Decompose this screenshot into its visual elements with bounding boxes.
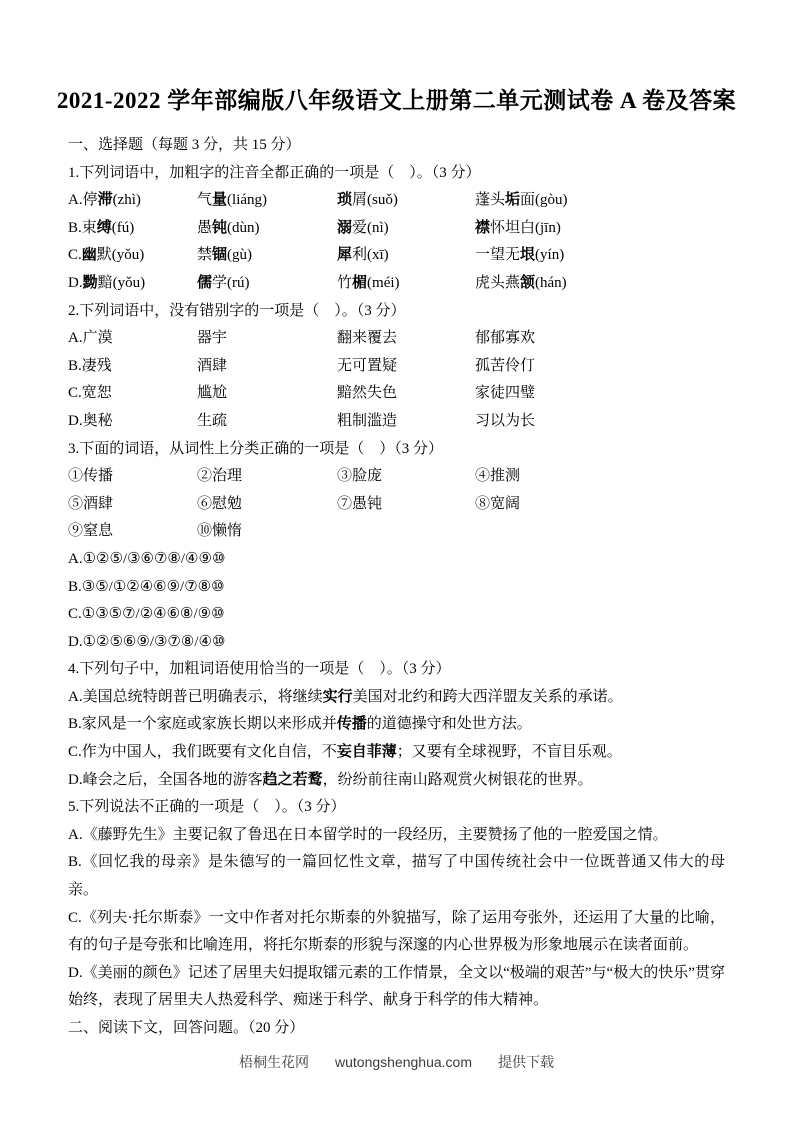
footer-download-text: 提供下载 <box>498 1052 554 1072</box>
q1-option-a: A.停滞(zhì)气量(liáng)琐屑(suǒ)蓬头垢面(gòu) <box>68 187 725 215</box>
bold-term: 量 <box>212 192 227 208</box>
bold-term: 锢 <box>212 247 227 263</box>
footer-site-url: wutongshenghua.com <box>335 1054 472 1070</box>
bold-term: 颔 <box>520 275 535 291</box>
word-item: ④推测 <box>475 463 725 491</box>
bold-term: 犀 <box>337 247 352 263</box>
q2-option-b: B.凄残酒肆无可置疑孤苦伶仃 <box>68 353 725 381</box>
q3-words-row-2: ⑤酒肆⑥慰勉⑦愚钝⑧宽阔 <box>68 491 725 519</box>
word-item: ②治理 <box>197 463 337 491</box>
word-item <box>475 518 725 546</box>
word-item: 酒肆 <box>197 353 337 381</box>
word-item: D.奥秘 <box>68 408 197 436</box>
q5-stem: 5.下列说法不正确的一项是（ ）。（3 分） <box>68 794 725 822</box>
word-item: 犀利(xī) <box>337 242 475 270</box>
bold-term: 缚 <box>97 220 112 236</box>
word-item: ⑩懒惰 <box>197 518 337 546</box>
q3-words-row-1: ①传播②治理③脸庞④推测 <box>68 463 725 491</box>
bold-term: 传播 <box>337 716 367 732</box>
bold-term: 滞 <box>98 192 113 208</box>
word-item: ⑧宽阔 <box>475 491 725 519</box>
word-item: 溺爱(nì) <box>337 215 475 243</box>
word-item <box>337 518 475 546</box>
word-item: 一望无垠(yín) <box>475 242 725 270</box>
section-one-heading: 一、选择题（每题 3 分，共 15 分） <box>68 132 725 160</box>
word-item: A.停滞(zhì) <box>68 187 197 215</box>
q2-option-d: D.奥秘生疏粗制滥造习以为长 <box>68 408 725 436</box>
word-item: 翻来覆去 <box>337 325 475 353</box>
word-item: 器宇 <box>197 325 337 353</box>
q3-option-a: A.①②⑤/③⑥⑦⑧/④⑨⑩ <box>68 546 725 574</box>
bold-term: 儒 <box>197 275 212 291</box>
word-item: 气量(liáng) <box>197 187 337 215</box>
word-item: B.凄残 <box>68 353 197 381</box>
word-item: 儒学(rú) <box>197 270 337 298</box>
page-footer: 梧桐生花网 wutongshenghua.com 提供下载 <box>0 1052 793 1072</box>
test-paper-page: 2021-2022 学年部编版八年级语文上册第二单元测试卷 A 卷及答案 一、选… <box>0 0 793 1122</box>
bold-term: 实行 <box>323 689 353 705</box>
word-item: D.黝黯(yǒu) <box>68 270 197 298</box>
word-item: 愚钝(dùn) <box>197 215 337 243</box>
bold-term: 琐 <box>337 192 352 208</box>
document-body: 一、选择题（每题 3 分，共 15 分）1.下列词语中，加粗字的注音全都正确的一… <box>0 116 793 1043</box>
word-item: 禁锢(gù) <box>197 242 337 270</box>
word-item: 竹楣(méi) <box>337 270 475 298</box>
bold-term: 黝 <box>83 275 98 291</box>
q1-stem: 1.下列词语中，加粗字的注音全都正确的一项是（ ）。（3 分） <box>68 160 725 188</box>
word-item: ⑨窒息 <box>68 518 197 546</box>
q3-stem: 3.下面的词语，从词性上分类正确的一项是（ ）（3 分） <box>68 436 725 464</box>
word-item: 蓬头垢面(gòu) <box>475 187 725 215</box>
bold-term: 幽 <box>82 247 97 263</box>
q2-option-a: A.广漠器宇翻来覆去郁郁寡欢 <box>68 325 725 353</box>
bold-term: 垢 <box>505 192 520 208</box>
bold-term: 趋之若鹜 <box>263 772 323 788</box>
q5-option-d: D.《美丽的颜色》记述了居里夫妇提取镭元素的工作情景，全文以“极端的艰苦”与“极… <box>68 960 725 1015</box>
word-item: ⑤酒肆 <box>68 491 197 519</box>
word-item: 襟怀坦白(jīn) <box>475 215 725 243</box>
q4-option-b: B.家风是一个家庭或家族长期以来形成并传播的道德操守和处世方法。 <box>68 711 725 739</box>
word-item: 生疏 <box>197 408 337 436</box>
word-item: 习以为长 <box>475 408 725 436</box>
word-item: 粗制滥造 <box>337 408 475 436</box>
word-item: ③脸庞 <box>337 463 475 491</box>
word-item: B.束缚(fú) <box>68 215 197 243</box>
word-item: ⑥慰勉 <box>197 491 337 519</box>
word-item: 郁郁寡欢 <box>475 325 725 353</box>
bold-term: 楣 <box>352 275 367 291</box>
bold-term: 襟 <box>475 220 490 236</box>
page-title: 2021-2022 学年部编版八年级语文上册第二单元测试卷 A 卷及答案 <box>0 0 793 116</box>
q2-option-c: C.宽恕尴尬黯然失色家徒四璧 <box>68 380 725 408</box>
word-item: 家徒四璧 <box>475 380 725 408</box>
q1-option-c: C.幽默(yǒu)禁锢(gù)犀利(xī)一望无垠(yín) <box>68 242 725 270</box>
q4-option-c: C.作为中国人，我们既要有文化自信，不妄自菲薄；又要有全球视野，不盲目乐观。 <box>68 739 725 767</box>
word-item: ①传播 <box>68 463 197 491</box>
bold-term: 钝 <box>212 220 227 236</box>
bold-term: 溺 <box>337 220 352 236</box>
q4-option-d: D.峰会之后，全国各地的游客趋之若鹜，纷纷前往南山路观赏火树银花的世界。 <box>68 767 725 795</box>
q5-option-a: A.《藤野先生》主要记叙了鲁迅在日本留学时的一段经历，主要赞扬了他的一腔爱国之情… <box>68 822 725 850</box>
bold-term: 垠 <box>520 247 535 263</box>
footer-site-name: 梧桐生花网 <box>239 1052 309 1072</box>
word-item: 琐屑(suǒ) <box>337 187 475 215</box>
q5-option-c: C.《列夫·托尔斯泰》一文中作者对托尔斯泰的外貌描写，除了运用夸张外，还运用了大… <box>68 905 725 960</box>
word-item: ⑦愚钝 <box>337 491 475 519</box>
q4-stem: 4.下列句子中，加粗词语使用恰当的一项是（ ）。（3 分） <box>68 656 725 684</box>
q3-option-d: D.①②⑤⑥⑨/③⑦⑧/④⑩ <box>68 629 725 657</box>
word-item: A.广漠 <box>68 325 197 353</box>
q4-option-a: A.美国总统特朗普已明确表示，将继续实行美国对北约和跨大西洋盟友关系的承诺。 <box>68 684 725 712</box>
section-two-heading: 二、阅读下文，回答问题。（20 分） <box>68 1015 725 1043</box>
word-item: 尴尬 <box>197 380 337 408</box>
q3-option-b: B.③⑤/①②④⑥⑨/⑦⑧⑩ <box>68 574 725 602</box>
q2-stem: 2.下列词语中，没有错别字的一项是（ ）。（3 分） <box>68 298 725 326</box>
word-item: C.宽恕 <box>68 380 197 408</box>
bold-term: 妄自菲薄 <box>337 744 397 760</box>
word-item: 无可置疑 <box>337 353 475 381</box>
q3-words-row-3: ⑨窒息⑩懒惰 <box>68 518 725 546</box>
q1-option-d: D.黝黯(yǒu)儒学(rú)竹楣(méi)虎头燕颔(hán) <box>68 270 725 298</box>
word-item: 孤苦伶仃 <box>475 353 725 381</box>
word-item: 虎头燕颔(hán) <box>475 270 725 298</box>
q3-option-c: C.①③⑤⑦/②④⑥⑧/⑨⑩ <box>68 601 725 629</box>
q1-option-b: B.束缚(fú)愚钝(dùn)溺爱(nì)襟怀坦白(jīn) <box>68 215 725 243</box>
q5-option-b: B.《回忆我的母亲》是朱德写的一篇回忆性文章，描写了中国传统社会中一位既普通又伟… <box>68 849 725 904</box>
word-item: C.幽默(yǒu) <box>68 242 197 270</box>
word-item: 黯然失色 <box>337 380 475 408</box>
